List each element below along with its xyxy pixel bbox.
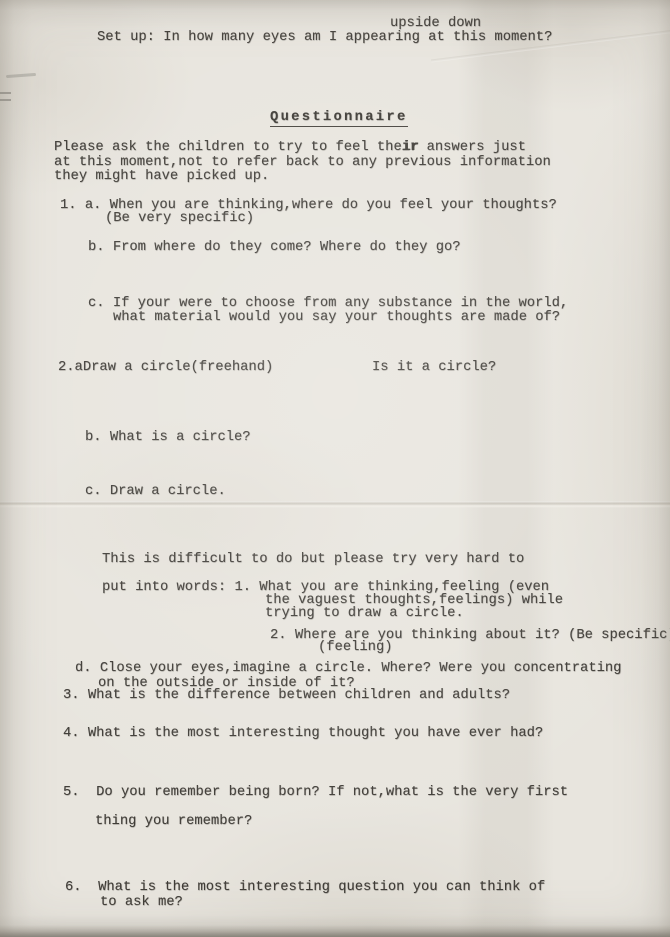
questionnaire-page: upside down Set up: In how many eyes am … <box>0 0 670 937</box>
annotation-upside-down: upside down <box>390 16 481 31</box>
question-2-note-line-1: This is difficult to do but please try v… <box>102 552 524 567</box>
setup-line: Set up: In how many eyes am I appearing … <box>97 30 552 45</box>
question-2d-line-1: d. Close your eyes,imagine a circle. Whe… <box>75 661 621 676</box>
question-1b: b. From where do they come? Where do the… <box>88 240 461 255</box>
page-title: Questionnaire <box>270 110 408 127</box>
question-2-note-line-4: trying to draw a circle. <box>265 606 464 621</box>
question-3: 3. What is the difference between childr… <box>63 688 510 703</box>
edge-mark <box>0 92 11 94</box>
instructions-line-3: they might have picked up. <box>54 169 269 184</box>
instructions-line-1: Please ask the children to try to feel t… <box>54 140 526 155</box>
instructions-line-1-post: answers just <box>418 140 526 155</box>
question-1c-line-1: c. If your were to choose from any subst… <box>88 296 568 311</box>
fold-crease <box>0 501 670 508</box>
question-6-line-1: 6. What is the most interesting question… <box>65 880 545 895</box>
pencil-mark <box>6 73 36 78</box>
bottom-edge-shadow <box>0 925 670 937</box>
edge-mark <box>0 99 11 101</box>
question-2c: c. Draw a circle. <box>85 484 226 499</box>
question-1a-line-2: (Be very specific) <box>105 211 254 226</box>
question-2a: 2.aDraw a circle(freehand) <box>58 360 273 375</box>
overstrike-correction: ir <box>402 140 419 155</box>
question-1c-line-2: what material would you say your thought… <box>113 310 560 325</box>
instructions-line-2: at this moment,not to refer back to any … <box>54 155 551 170</box>
question-5-line-2: thing you remember? <box>95 814 252 829</box>
instructions-line-1-pre: Please ask the children to try to feel t… <box>54 140 402 155</box>
question-2b: b. What is a circle? <box>85 430 251 445</box>
question-2-note-line-6: (feeling) <box>318 640 393 655</box>
question-6-line-2: to ask me? <box>100 895 183 910</box>
question-4: 4. What is the most interesting thought … <box>63 726 543 741</box>
question-5-line-1: 5. Do you remember being born? If not,wh… <box>63 785 568 800</box>
question-2a-side: Is it a circle? <box>372 360 496 375</box>
